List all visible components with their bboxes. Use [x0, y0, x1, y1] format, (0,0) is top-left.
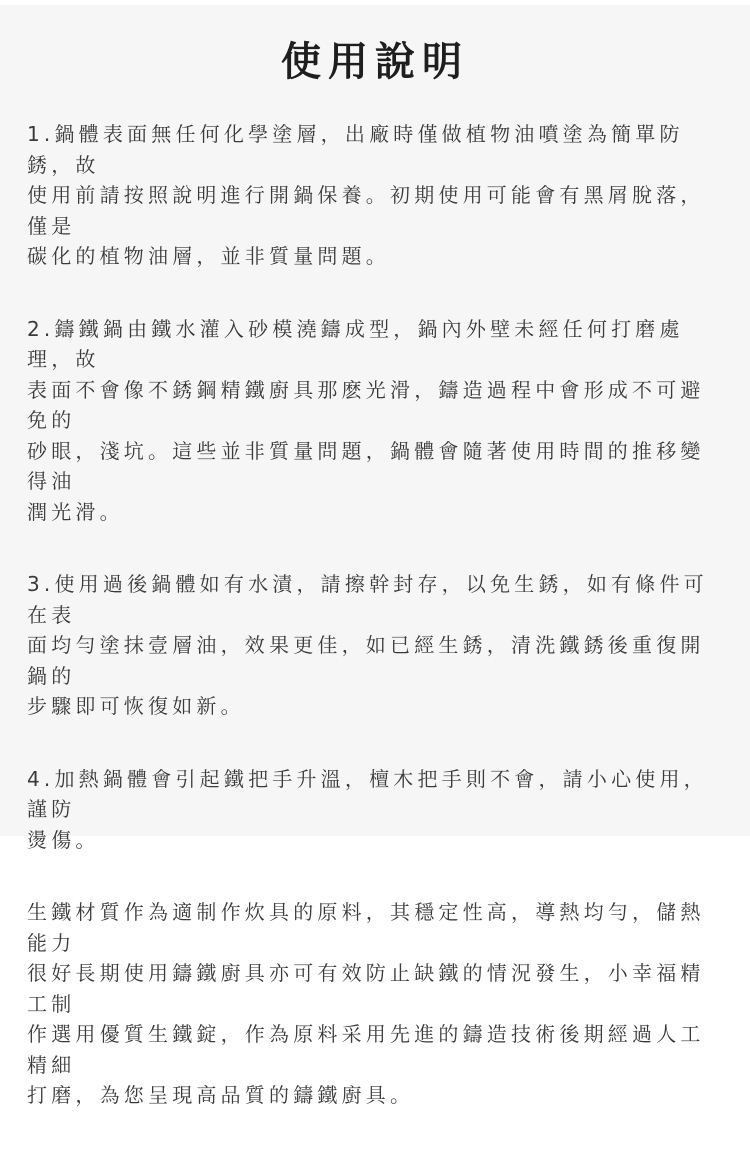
instruction-paragraph-2: 2.鑄鐵鍋由鐵水灌入砂模澆鑄成型，鍋內外壁未經任何打磨處理，故 表面不會像不銹鋼… — [27, 314, 717, 528]
paragraph-line: 3.使用過後鍋體如有水漬，請擦幹封存，以免生銹，如有條件可在表 — [27, 572, 708, 627]
paragraph-line: 碳化的植物油層，並非質量問題。 — [27, 244, 390, 268]
instructions-page: 使用說明 1.鍋體表面無任何化學塗層，出廠時僅做植物油噴塗為簡單防銹，故 使用前… — [0, 5, 750, 836]
paragraph-line: 燙傷。 — [27, 828, 100, 837]
paragraph-line: 1.鍋體表面無任何化學塗層，出廠時僅做植物油噴塗為簡單防銹，故 — [27, 122, 684, 177]
instructions-content: 1.鍋體表面無任何化學塗層，出廠時僅做植物油噴塗為簡單防銹，故 使用前請按照說明… — [27, 119, 717, 836]
paragraph-line: 使用前請按照說明進行開鍋保養。初期使用可能會有黑屑脫落，僅是 — [27, 183, 705, 238]
instruction-paragraph-4: 4.加熱鍋體會引起鐵把手升溫，檀木把手則不會，請小心使用，謹防 燙傷。 — [27, 764, 717, 837]
instruction-paragraph-3: 3.使用過後鍋體如有水漬，請擦幹封存，以免生銹，如有條件可在表 面均勻塗抹壹層油… — [27, 569, 717, 722]
paragraph-line: 步驟即可恢復如新。 — [27, 694, 245, 718]
paragraph-line: 潤光滑。 — [27, 500, 124, 524]
paragraph-line: 表面不會像不銹鋼精鐵廚具那麽光滑，鑄造過程中會形成不可避免的 — [27, 378, 705, 433]
instruction-paragraph-1: 1.鍋體表面無任何化學塗層，出廠時僅做植物油噴塗為簡單防銹，故 使用前請按照說明… — [27, 119, 717, 272]
paragraph-line: 4.加熱鍋體會引起鐵把手升溫，檀木把手則不會，請小心使用，謹防 — [27, 767, 708, 822]
paragraph-line: 砂眼，淺坑。這些並非質量問題，鍋體會隨著使用時間的推移變得油 — [27, 439, 705, 494]
paragraph-line: 2.鑄鐵鍋由鐵水灌入砂模澆鑄成型，鍋內外壁未經任何打磨處理，故 — [27, 317, 684, 372]
paragraph-line: 面均勻塗抹壹層油，效果更佳，如已經生銹，清洗鐵銹後重復開鍋的 — [27, 633, 705, 688]
page-title: 使用說明 — [0, 37, 750, 87]
